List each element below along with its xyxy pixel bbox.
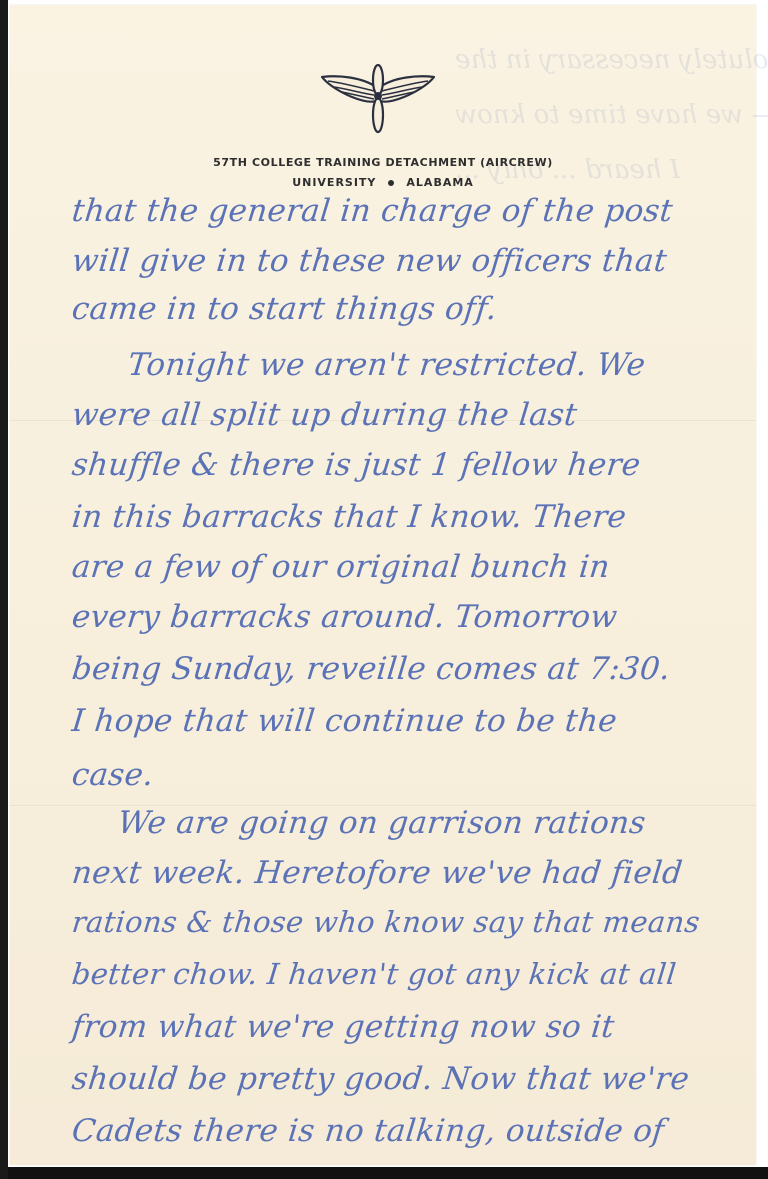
letter-line: rations & those who know say that means [70,905,701,939]
letter-line: came in to start things off. [70,291,499,327]
scan-edge-left [0,0,8,1179]
letter-line: are a few of our original bunch in [70,549,612,585]
letter-line: case. [70,757,155,793]
letter-line: that the general in charge of the post [70,193,674,229]
letter-line: will give in to these new officers that [70,243,669,279]
bleed-through-text: mess hall — we have time to know [455,100,768,130]
letterhead-location: UNIVERSITYALABAMA [10,176,756,189]
letter-line: Tonight we aren't restricted. We [126,347,647,383]
letter-line: I hope that will continue to be the [70,703,619,739]
bleed-through-text: what is absolutely necessary in the [455,45,768,75]
winged-propeller-icon [318,63,438,135]
scan-edge-bottom [8,1167,768,1179]
letterhead-state: ALABAMA [406,176,473,189]
letter-line: better chow. I haven't got any kick at a… [70,957,678,991]
letterhead-unit: 57TH COLLEGE TRAINING DETACHMENT (AIRCRE… [10,156,756,169]
letter-line: in this barracks that I know. There [70,499,628,535]
letter-line: being Sunday, reveille comes at 7:30. [70,651,672,687]
letter-line: We are going on garrison rations [116,805,647,841]
letter-line: next week. Heretofore we've had field [70,855,684,891]
letter-line: were all split up during the last [70,397,579,433]
letter-page: what is absolutely necessary in the mess… [10,5,756,1165]
bullet-icon [388,180,394,186]
letter-line: should be pretty good. Now that we're [70,1061,691,1097]
letter-line: from what we're getting now so it [70,1009,616,1045]
letterhead-university: UNIVERSITY [292,176,376,189]
letter-line: shuffle & there is just 1 fellow here [70,447,642,483]
letter-line: Cadets there is no talking, outside of [70,1113,666,1149]
letter-line: every barracks around. Tomorrow [70,599,619,635]
